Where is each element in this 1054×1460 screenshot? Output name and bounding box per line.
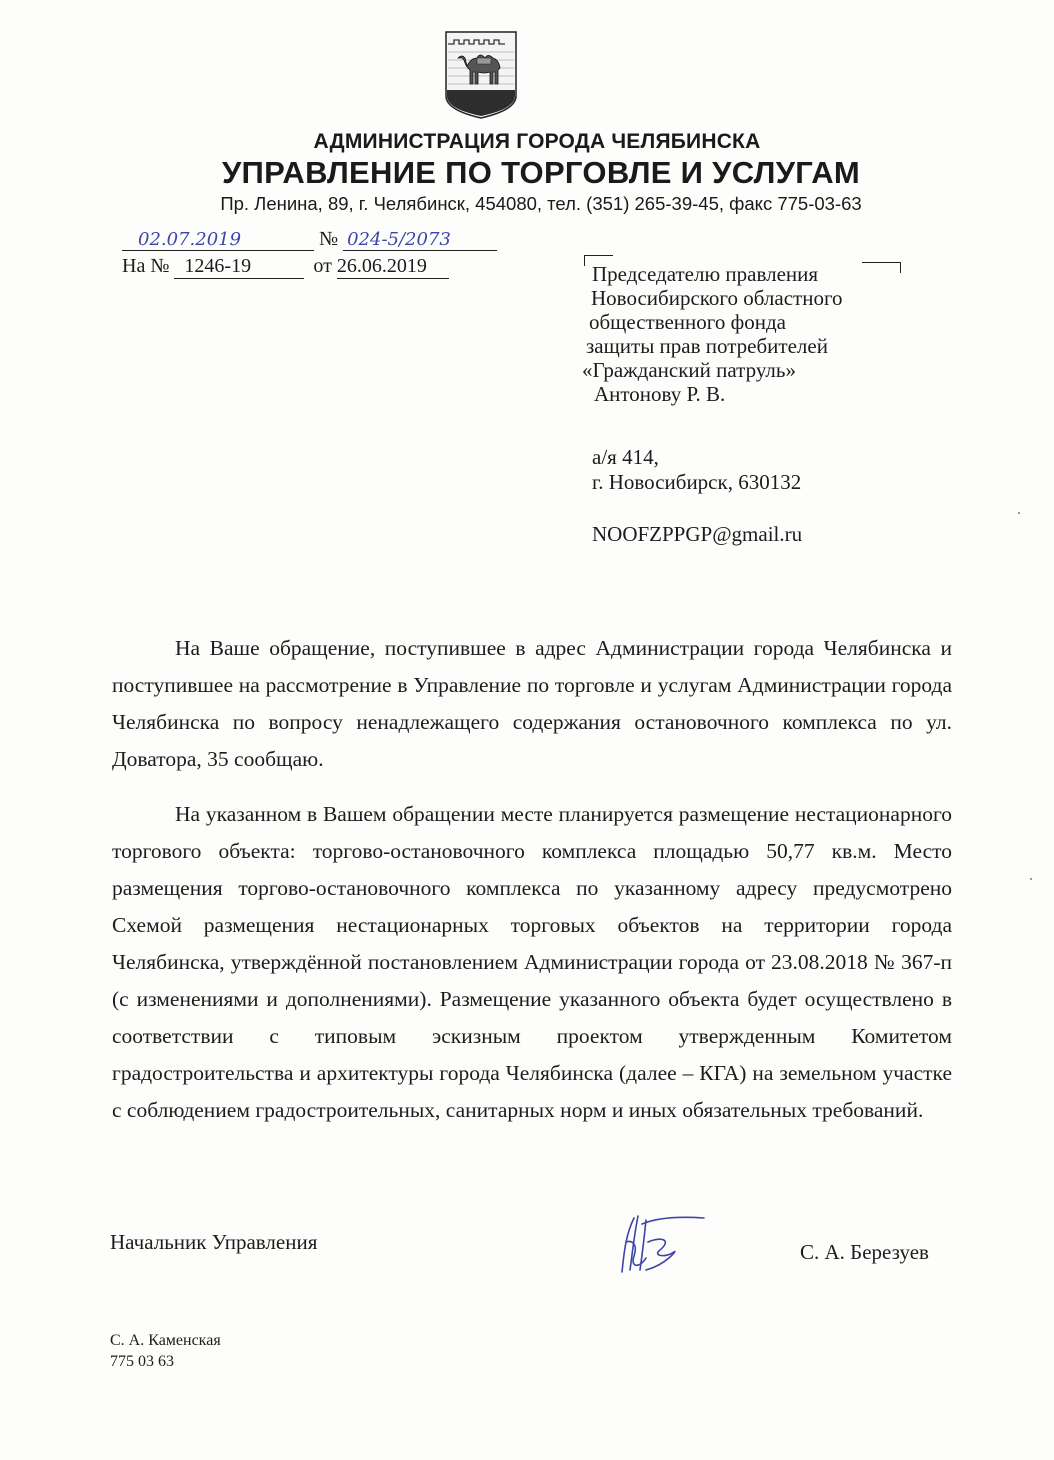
addressee-block: Председателю правления Новосибирского об… <box>580 262 843 406</box>
coat-of-arms-emblem <box>444 30 518 120</box>
paragraph-text: На указанном в Вашем обращении месте пла… <box>112 796 952 1129</box>
department-address: Пр. Ленина, 89, г. Челябинск, 454080, те… <box>0 193 1054 215</box>
addressee-line: защиты прав потребителей <box>580 334 843 358</box>
administration-name: АДМИНИСТРАЦИЯ ГОРОДА ЧЕЛЯБИНСКА <box>0 130 1054 154</box>
addressee-line: «Гражданский патруль» <box>580 358 843 382</box>
incoming-reference: На № 1246-19 от 26.06.2019 <box>122 255 449 279</box>
executor-phone: 775 03 63 <box>110 1351 221 1372</box>
postal-city: г. Новосибирск, 630132 <box>592 470 801 495</box>
body-paragraph-1: На Ваше обращение, поступившее в адрес А… <box>112 630 952 778</box>
scan-speck <box>1030 878 1032 880</box>
outgoing-number: 024-5/2073 <box>343 229 497 251</box>
addressee-postal: а/я 414, г. Новосибирск, 630132 <box>592 445 801 495</box>
outgoing-reference: 02.07.2019 № 024-5/2073 <box>122 228 497 251</box>
reply-to-label: На № <box>122 255 169 277</box>
addressee-email: NOOFZPPGP@gmail.ru <box>592 522 802 547</box>
executor-name: С. А. Каменская <box>110 1330 221 1351</box>
scan-speck <box>1018 512 1020 514</box>
paragraph-text: На Ваше обращение, поступившее в адрес А… <box>112 630 952 778</box>
handwritten-signature-icon <box>616 1212 708 1276</box>
outgoing-date: 02.07.2019 <box>122 229 314 251</box>
from-label: от <box>313 255 331 277</box>
addressee-line: общественного фонда <box>580 310 843 334</box>
department-name: УПРАВЛЕНИЕ ПО ТОРГОВЛЕ И УСЛУГАМ <box>0 155 1054 191</box>
addressee-line: Антонову Р. В. <box>580 382 843 406</box>
reply-to-number: 1246-19 <box>174 255 304 279</box>
postal-box: а/я 414, <box>592 445 801 470</box>
signatory-title: Начальник Управления <box>110 1230 317 1255</box>
signatory-name: С. А. Березуев <box>800 1240 929 1265</box>
address-corner-mark-right <box>862 262 901 273</box>
number-label: № <box>319 228 338 250</box>
body-paragraph-2: На указанном в Вашем обращении месте пла… <box>112 796 952 1129</box>
camel-emblem-icon <box>444 30 518 120</box>
reply-to-date: 26.06.2019 <box>337 255 449 279</box>
addressee-line: Председателю правления <box>580 262 843 286</box>
addressee-line: Новосибирского областного <box>580 286 843 310</box>
executor-block: С. А. Каменская 775 03 63 <box>110 1330 221 1372</box>
